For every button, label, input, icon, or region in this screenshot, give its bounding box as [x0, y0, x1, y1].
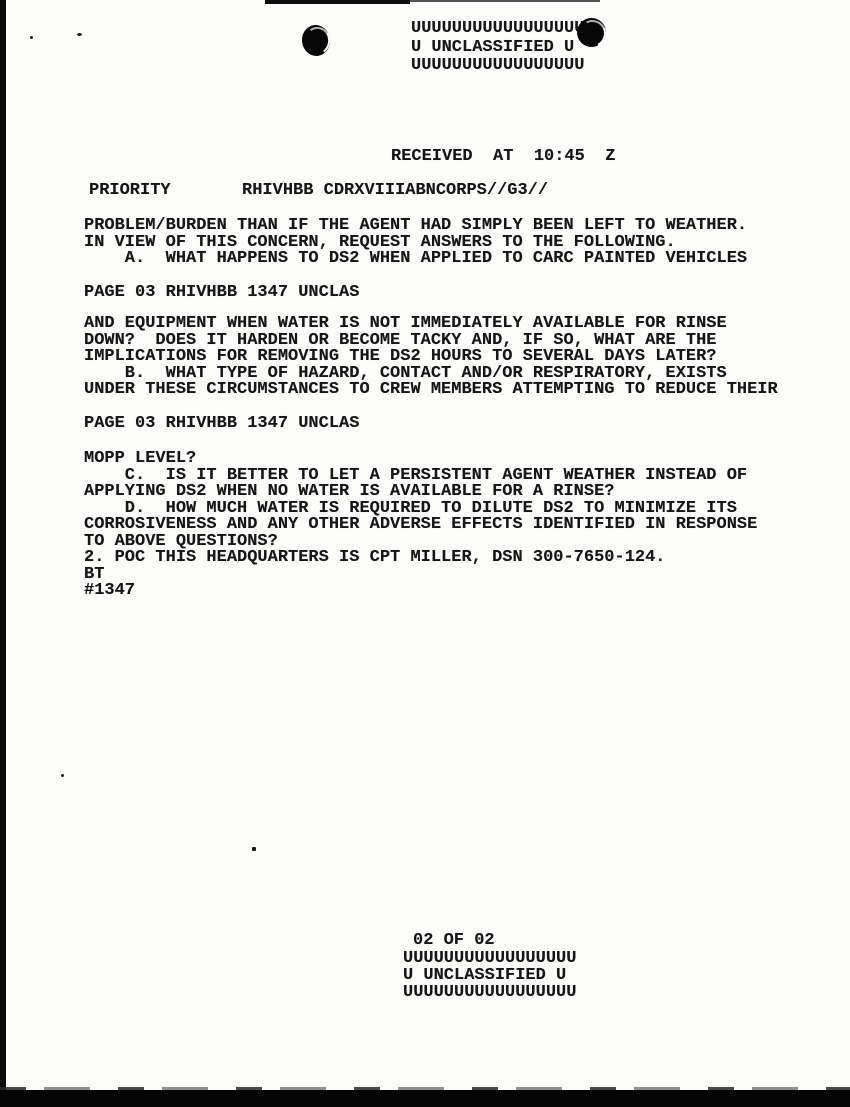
priority-routing-line: PRIORITY RHIVHBB CDRXVIIIABNCORPS//G3//: [89, 183, 548, 200]
hole-punch-right: [577, 18, 606, 47]
scan-speck: [30, 36, 33, 39]
page-marker-1: PAGE 03 RHIVHBB 1347 UNCLAS: [84, 285, 359, 302]
hole-punch-left: [300, 23, 332, 58]
scan-artifact-top-faint-bar: [410, 0, 600, 2]
scan-artifact-top-bar: [265, 0, 410, 4]
scanned-document-page: UUUUUUUUUUUUUUUUU U UNCLASSIFIED U UUUUU…: [0, 0, 850, 1107]
classification-banner-top: UUUUUUUUUUUUUUUUU U UNCLASSIFIED U UUUUU…: [411, 20, 584, 76]
scan-edge-bottom-bar: [0, 1090, 850, 1107]
body-paragraph-3: MOPP LEVEL? C. IS IT BETTER TO LET A PER…: [84, 451, 757, 600]
scan-edge-left-bar: [0, 0, 6, 1107]
scan-speck: [77, 33, 82, 36]
classification-banner-bottom: UUUUUUUUUUUUUUUUU U UNCLASSIFIED U UUUUU…: [403, 950, 576, 1001]
scan-speck: [61, 774, 64, 777]
page-count: 02 OF 02: [413, 933, 495, 950]
scan-speck: [252, 847, 256, 851]
body-paragraph-1: PROBLEM/BURDEN THAN IF THE AGENT HAD SIM…: [84, 218, 747, 268]
page-marker-2: PAGE 03 RHIVHBB 1347 UNCLAS: [84, 416, 359, 433]
body-paragraph-2: AND EQUIPMENT WHEN WATER IS NOT IMMEDIAT…: [84, 316, 778, 399]
received-timestamp-line: RECEIVED AT 10:45 Z: [391, 149, 615, 166]
